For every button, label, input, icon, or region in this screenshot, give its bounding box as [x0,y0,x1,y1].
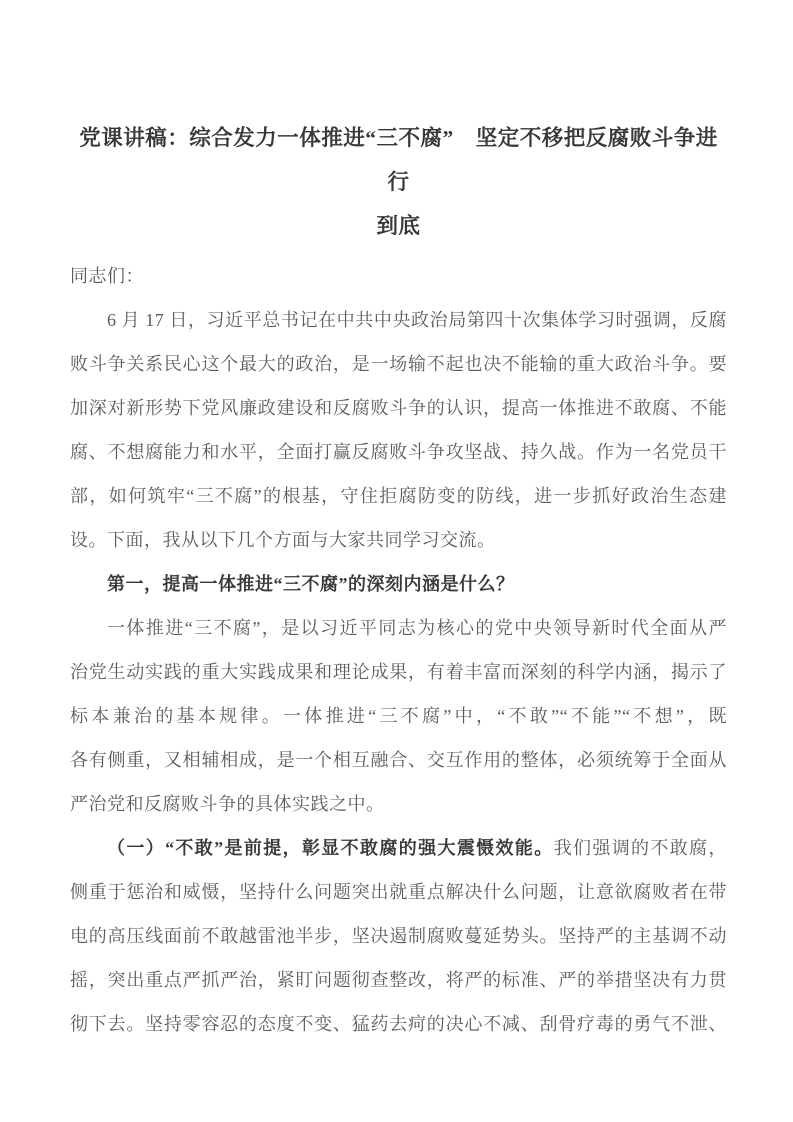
document-page: 党课讲稿：综合发力一体推进“三不腐” 坚定不移把反腐败斗争进行 到底 同志们：6… [0,0,793,1122]
text-run: 我们强调的不敢腐， [554,838,727,858]
text-line: 电的高压线面前不敢越雷池半步，坚决遏制腐败蔓延势头。坚持严的主基调不动 [70,914,727,958]
text-line: 彻下去。坚持零容忍的态度不变、猛药去疴的决心不减、刮骨疗毒的勇气不泄、 [70,1002,727,1046]
text-line: 加深对新形势下党风廉政建设和反腐败斗争的认识，提高一体推进不敢腐、不能 [70,386,727,430]
text-line: 部，如何筑牢“三不腐”的根基，守住拒腐防变的防线，进一步抓好政治生态建 [70,474,727,518]
text-line: 侧重于惩治和威慑，坚持什么问题突出就重点解决什么问题，让意欲腐败者在带 [70,870,727,914]
title-line-2: 到底 [70,204,727,248]
text-line: 6 月 17 日，习近平总书记在中共中央政治局第四十次集体学习时强调，反腐 [70,298,727,342]
document-body: 同志们：6 月 17 日，习近平总书记在中共中央政治局第四十次集体学习时强调，反… [70,254,727,1046]
text-line: 摇，突出重点严抓严治，紧盯问题彻查整改，将严的标准、严的举措坚决有力贯 [70,958,727,1002]
text-line: 腐、不想腐能力和水平，全面打赢反腐败斗争攻坚战、持久战。作为一名党员干 [70,430,727,474]
text-line: 一体推进“三不腐”，是以习近平同志为核心的党中央领导新时代全面从严 [70,606,727,650]
text-line: （一）“不敢”是前提，彰显不敢腐的强大震慑效能。我们强调的不敢腐， [70,826,727,870]
text-line: 严治党和反腐败斗争的具体实践之中。 [70,782,727,826]
document-title: 党课讲稿：综合发力一体推进“三不腐” 坚定不移把反腐败斗争进行 到底 [70,116,727,248]
text-line: 同志们： [70,254,727,298]
text-run-bold: （一）“不敢”是前提，彰显不敢腐的强大震慑效能。 [107,838,554,858]
title-line-1: 党课讲稿：综合发力一体推进“三不腐” 坚定不移把反腐败斗争进行 [70,116,727,204]
text-line: 各有侧重，又相辅相成，是一个相互融合、交互作用的整体，必须统筹于全面从 [70,738,727,782]
text-line: 治党生动实践的重大实践成果和理论成果，有着丰富而深刻的科学内涵，揭示了 [70,650,727,694]
page-content: 党课讲稿：综合发力一体推进“三不腐” 坚定不移把反腐败斗争进行 到底 同志们：6… [0,0,793,1046]
text-line: 败斗争关系民心这个最大的政治，是一场输不起也决不能输的重大政治斗争。要 [70,342,727,386]
text-line: 设。下面，我从以下几个方面与大家共同学习交流。 [70,518,727,562]
text-line: 第一，提高一体推进“三不腐”的深刻内涵是什么？ [70,562,727,606]
text-line: 标本兼治的基本规律。一体推进“三不腐”中，“不敢”“不能”“不想”，既 [70,694,727,738]
